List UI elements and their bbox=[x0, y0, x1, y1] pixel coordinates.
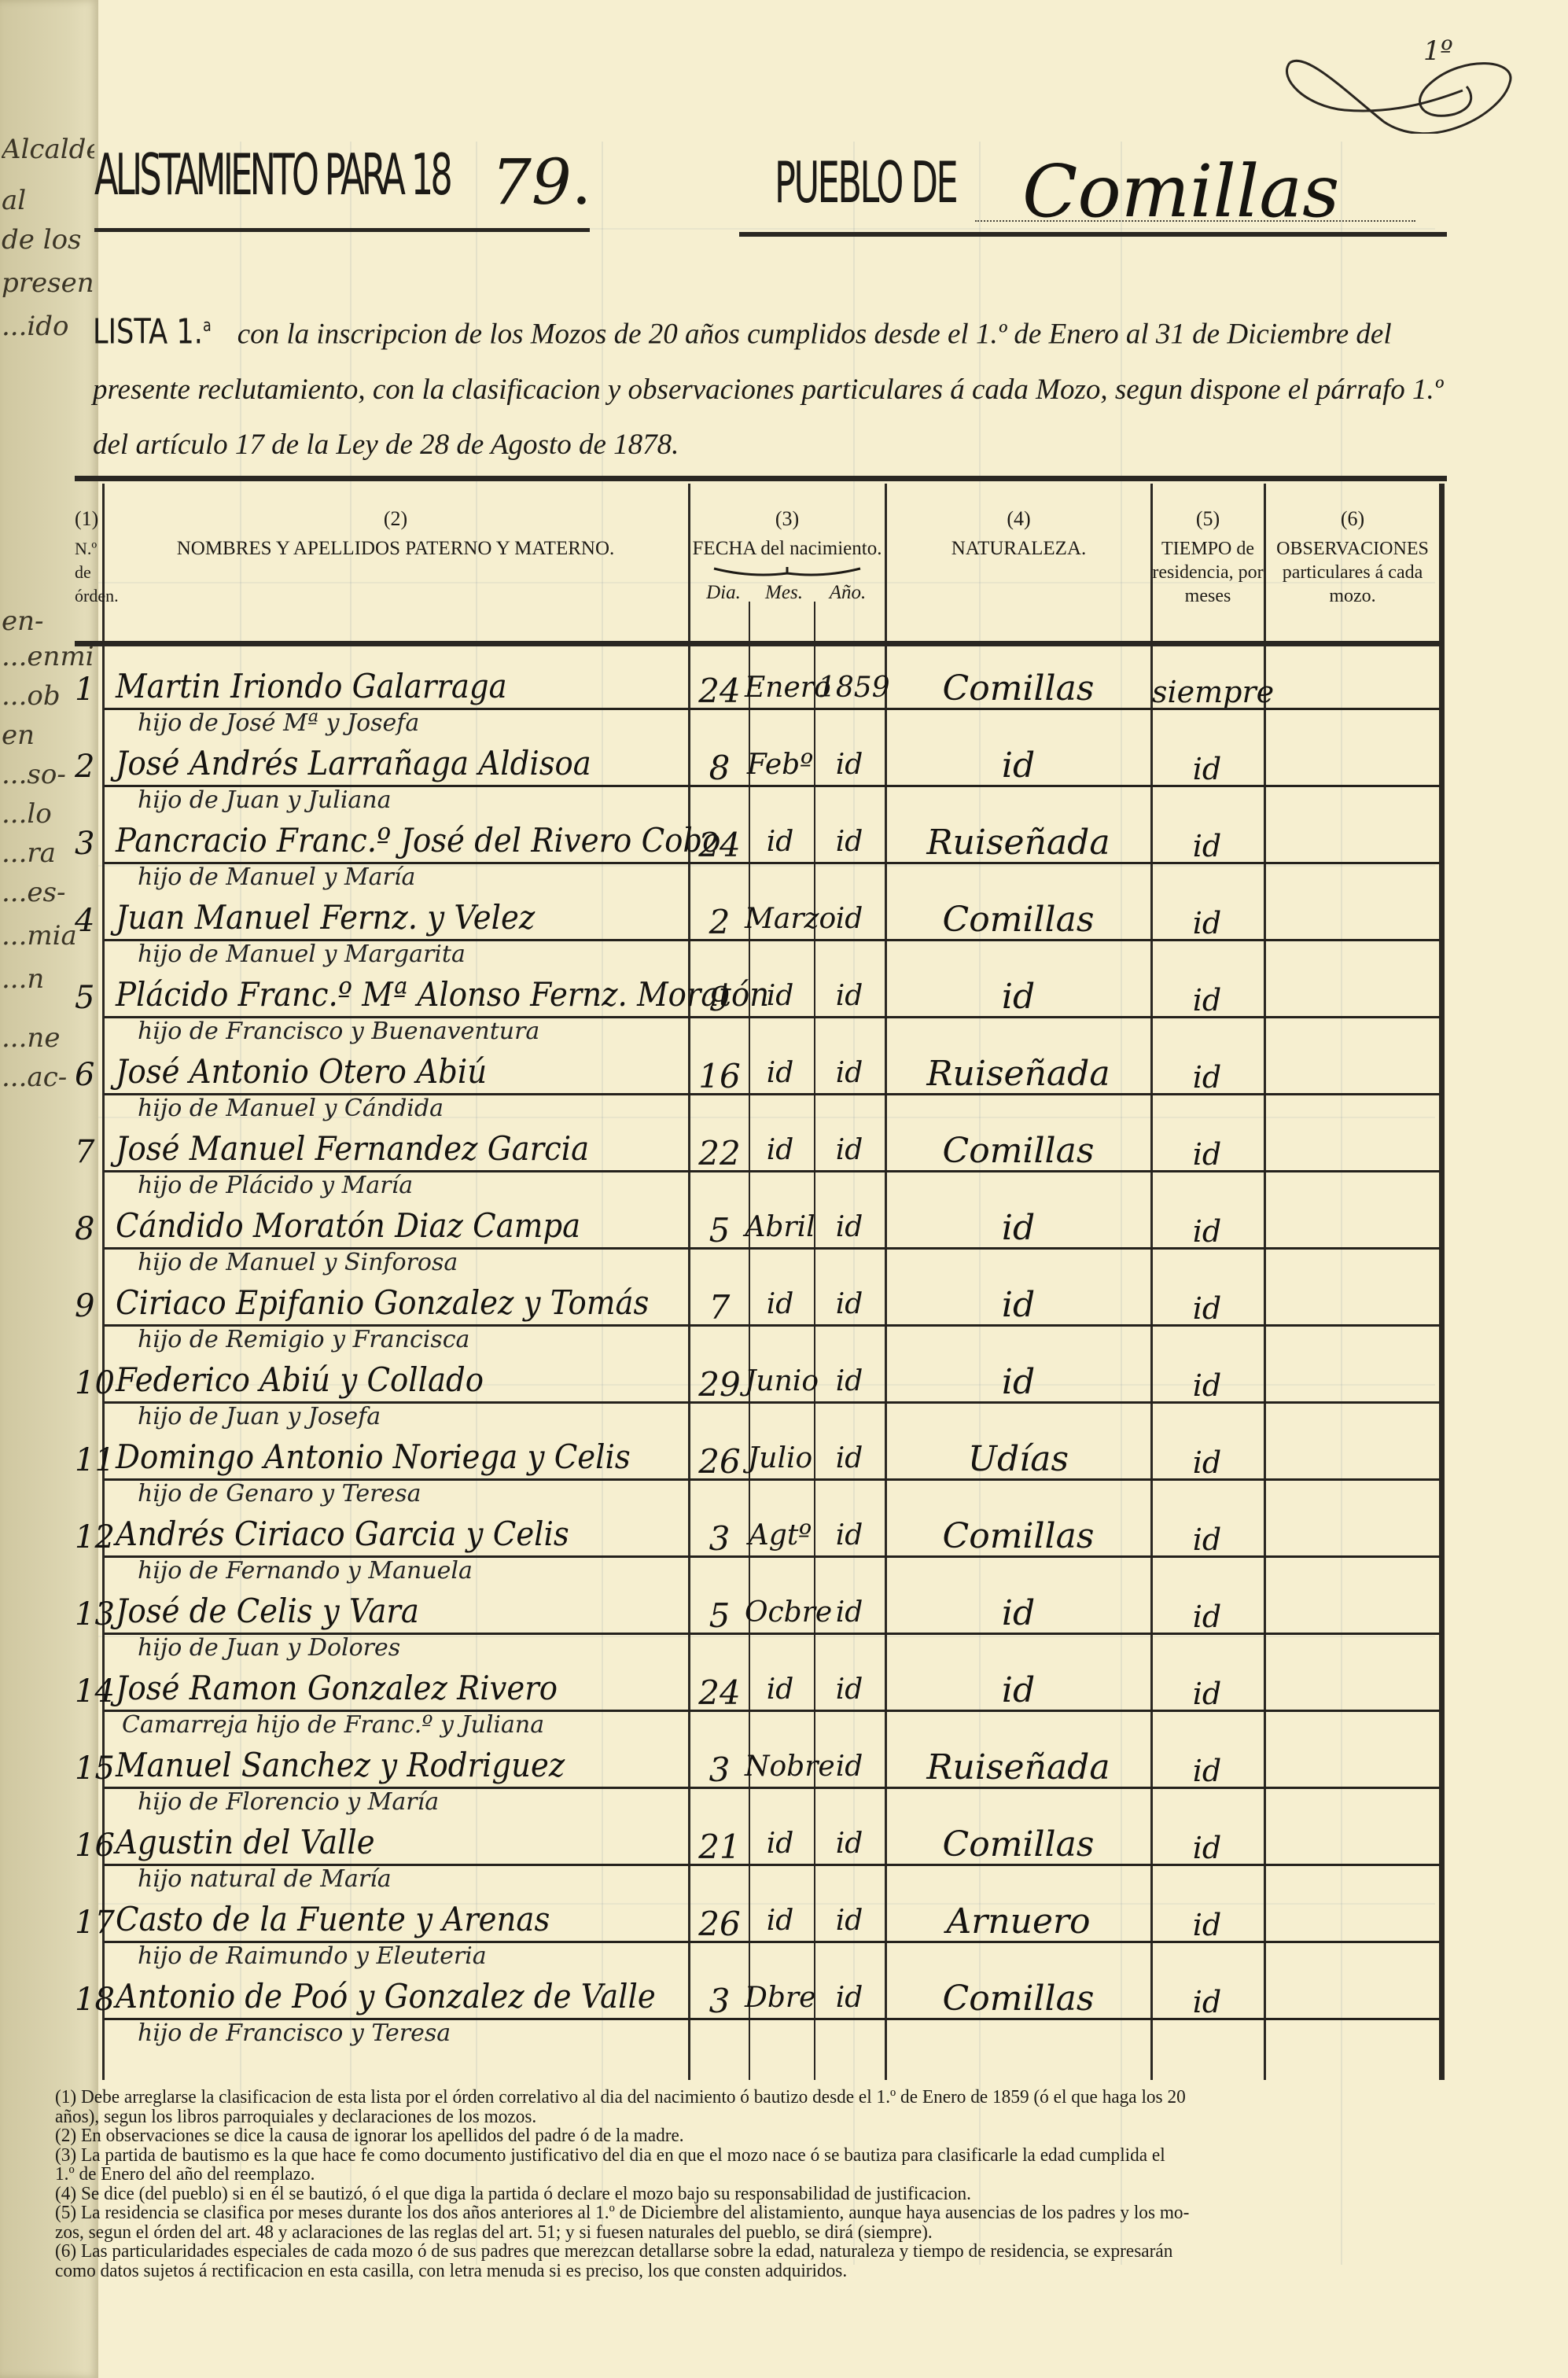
table-row: 6 José Antonio Otero Abiú hijo de Manuel… bbox=[75, 1038, 1447, 1115]
col-header-tiempo: (5) TIEMPO de residencia, por meses bbox=[1152, 507, 1264, 608]
table-row: 17 Casto de la Fuente y Arenas hijo de R… bbox=[75, 1886, 1447, 1963]
margin-note: Alcalde bbox=[2, 134, 94, 165]
footnote-1-cont: años), segun los libros parroquiales y d… bbox=[55, 2107, 1405, 2127]
table-row: 16 Agustin del Valle hijo natural de Mar… bbox=[75, 1809, 1447, 1886]
col-header-fecha: (3) FECHA del nacimiento. Dia.Mes.Año. bbox=[690, 507, 885, 605]
intro-paragraph: LISTA 1.a con la inscripcion de los Mozo… bbox=[93, 299, 1457, 473]
document-title: ALISTAMIENTO PARA 18 bbox=[94, 142, 450, 208]
table-row: 5 Plácido Franc.º Mª Alonso Fernz. Morat… bbox=[75, 961, 1447, 1038]
col-header-nombres: (2) NOMBRES Y APELLIDOS PATERNO Y MATERN… bbox=[105, 507, 686, 561]
col-header-numero: (1) N.º de órden. bbox=[75, 507, 102, 608]
table-row: 11 Domingo Antonio Noriega y Celis hijo … bbox=[75, 1423, 1447, 1500]
footnote-6: (6) Las particularidades especiales de c… bbox=[55, 2242, 1405, 2262]
footnote-6-cont: como datos sujetos á rectificacion en es… bbox=[55, 2262, 1405, 2281]
table-row: 4 Juan Manuel Fernz. y Velez hijo de Man… bbox=[75, 884, 1447, 961]
table-row: 1 Martin Iriondo Galarraga hijo de José … bbox=[75, 653, 1447, 730]
brace-icon bbox=[712, 565, 862, 580]
col-header-observaciones: (6) OBSERVACIONES particulares á cada mo… bbox=[1266, 507, 1439, 608]
table-row: 8 Cándido Moratón Diaz Campa hijo de Man… bbox=[75, 1192, 1447, 1269]
table-row: 9 Ciriaco Epifanio Gonzalez y Tomás hijo… bbox=[75, 1269, 1447, 1346]
table-row: 2 José Andrés Larrañaga Aldisoa hijo de … bbox=[75, 730, 1447, 807]
footnote-5-cont: zos, segun el órden del art. 48 y aclara… bbox=[55, 2223, 1405, 2243]
margin-note: al bbox=[2, 185, 94, 216]
table-row: 7 José Manuel Fernandez Garcia hijo de P… bbox=[75, 1115, 1447, 1192]
table-row: 10 Federico Abiú y Collado hijo de Juan … bbox=[75, 1346, 1447, 1423]
list-label: LISTA 1.a bbox=[93, 299, 212, 360]
table-row: 14 José Ramon Gonzalez Rivero Camarreja … bbox=[75, 1655, 1447, 1732]
folio-number: 1º bbox=[1423, 35, 1453, 67]
footnote-1: (1) Debe arreglarse la clasificacion de … bbox=[55, 2088, 1405, 2107]
header-bottom-rule bbox=[75, 641, 1439, 646]
col-header-naturaleza: (4) NATURALEZA. bbox=[887, 507, 1150, 561]
table-row: 15 Manuel Sanchez y Rodriguez hijo de Fl… bbox=[75, 1732, 1447, 1809]
footnote-2: (2) En observaciones se dice la causa de… bbox=[55, 2126, 1405, 2146]
footnote-4: (4) Se dice (del pueblo) si en él se bau… bbox=[55, 2185, 1405, 2204]
footnote-3-cont: 1.º de Enero del año del reemplazo. bbox=[55, 2165, 1405, 2185]
table-row: 18 Antonio de Poó y Gonzalez de Valle hi… bbox=[75, 1963, 1447, 2040]
title-year-handwritten: 79. bbox=[491, 145, 591, 219]
intro-text: con la inscripcion de los Mozos de 20 añ… bbox=[93, 318, 1443, 461]
table-row: 13 José de Celis y Vara hijo de Juan y D… bbox=[75, 1577, 1447, 1655]
signature-flourish-icon bbox=[1274, 43, 1526, 134]
margin-note: ...ido bbox=[2, 311, 94, 342]
title-rule bbox=[94, 228, 590, 232]
margin-note: presente bbox=[2, 267, 94, 299]
pueblo-dotted-line bbox=[975, 220, 1415, 222]
footnote-5: (5) La residencia se clasifica por meses… bbox=[55, 2203, 1405, 2223]
footnotes: (1) Debe arreglarse la clasificacion de … bbox=[55, 2088, 1447, 2280]
table-row: 3 Pancracio Franc.º José del Rivero Cobo… bbox=[75, 807, 1447, 884]
enlistment-table: (1) N.º de órden. (2) NOMBRES Y APELLIDO… bbox=[75, 476, 1447, 2076]
footnote-3: (3) La partida de bautismo es la que hac… bbox=[55, 2146, 1405, 2166]
pueblo-label: PUEBLO DE bbox=[775, 149, 956, 215]
table-top-rule bbox=[75, 476, 1447, 481]
pueblo-rule bbox=[739, 232, 1447, 237]
margin-note: de los bbox=[2, 224, 94, 256]
table-row: 12 Andrés Ciriaco Garcia y Celis hijo de… bbox=[75, 1500, 1447, 1577]
